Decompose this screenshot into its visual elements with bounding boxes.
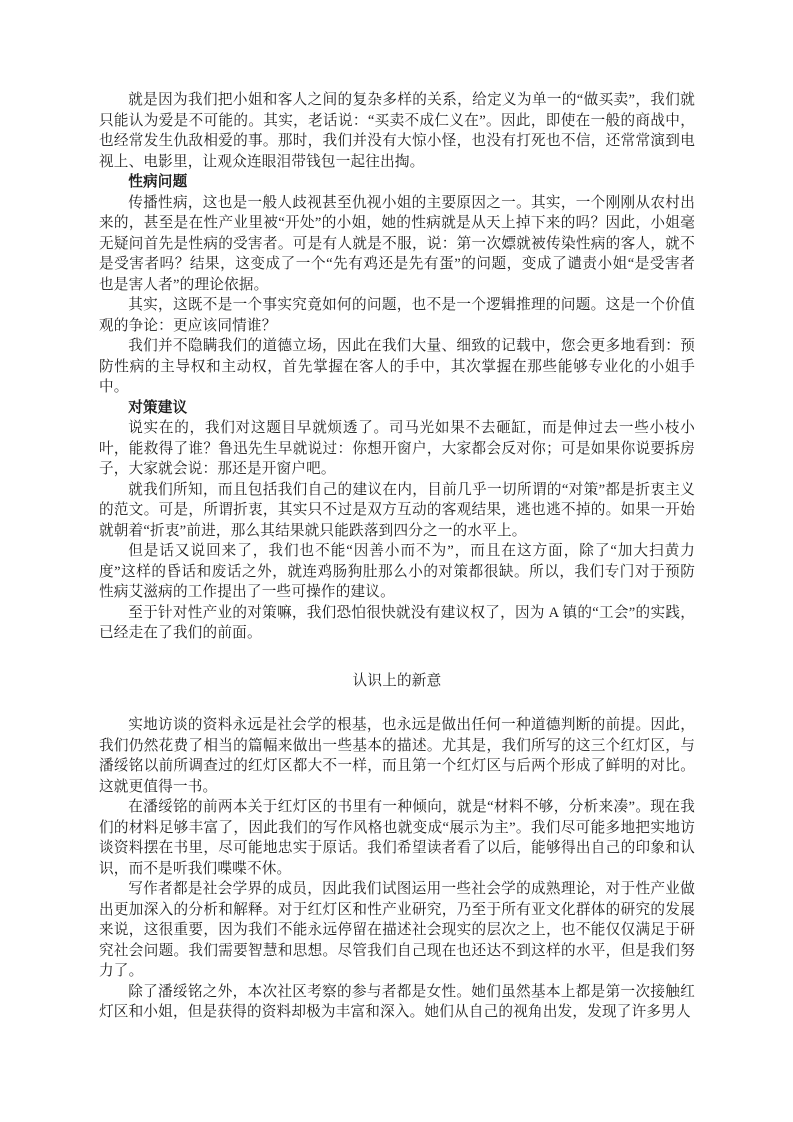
body-paragraph: 传播性病，这也是一般人歧视甚至仇视小姐的主要原因之一。其实，一个刚刚从农村出来的…	[99, 193, 695, 296]
body-paragraph: 就是因为我们把小姐和客人之间的复杂多样的关系，给定义为单一的“做买卖”，我们就只…	[99, 90, 695, 172]
body-paragraph: 就我们所知，而且包括我们自己的建议在内，目前几乎一切所谓的“对策”都是折衷主义的…	[99, 480, 695, 542]
chapter-heading: 认识上的新意	[99, 671, 695, 692]
body-paragraph: 写作者都是社会学界的成员，因此我们试图运用一些社会学的成熟理论，对于性产业做出更…	[99, 879, 695, 982]
document-page: 就是因为我们把小姐和客人之间的复杂多样的关系，给定义为单一的“做买卖”，我们就只…	[0, 0, 793, 1122]
body-paragraph: 除了潘绥铭之外，本次社区考察的参与者都是女性。她们虽然基本上都是第一次接触红灯区…	[99, 982, 695, 1023]
body-paragraph: 说实在的，我们对这题目早就烦透了。司马光如果不去砸缸，而是伸过去一些小枝小叶，能…	[99, 418, 695, 480]
body-paragraph: 在潘绥铭的前两本关于红灯区的书里有一种倾向，就是“材料不够，分析来凑”。现在我们…	[99, 797, 695, 879]
section-heading: 性病问题	[99, 172, 695, 193]
body-paragraph: 我们并不隐瞒我们的道德立场，因此在我们大量、细致的记载中，您会更多地看到：预防性…	[99, 336, 695, 398]
document-body: 就是因为我们把小姐和客人之间的复杂多样的关系，给定义为单一的“做买卖”，我们就只…	[99, 90, 695, 1023]
body-paragraph: 其实，这既不是一个事实究竟如何的问题，也不是一个逻辑推理的问题。这是一个价值观的…	[99, 295, 695, 336]
body-paragraph: 但是话又说回来了，我们也不能“因善小而不为”，而且在这方面，除了“加大扫黄力度”…	[99, 541, 695, 603]
body-paragraph: 至于针对性产业的对策嘛，我们恐怕很快就没有建议权了，因为 A 镇的“工会”的实践…	[99, 603, 695, 644]
section-heading: 对策建议	[99, 398, 695, 419]
body-paragraph: 实地访谈的资料永远是社会学的根基，也永远是做出任何一种道德判断的前提。因此，我们…	[99, 715, 695, 797]
